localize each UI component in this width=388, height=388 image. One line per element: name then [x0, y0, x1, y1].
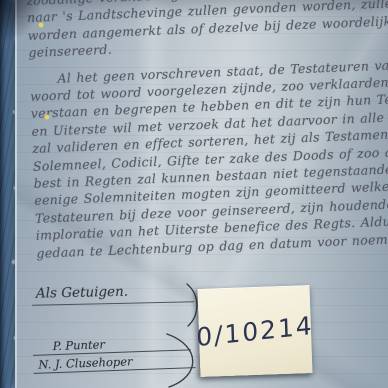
manuscript-text: zoodanige veranderinge welke in den zelv…: [26, 0, 388, 262]
manuscript-photo: zoodanige veranderinge welke in den zelv…: [0, 0, 388, 388]
witness-heading: Als Getuigen.: [32, 282, 194, 305]
paper-glint: [38, 22, 44, 28]
archive-label-card: 0/10214: [197, 285, 312, 377]
archive-number: 0/10214: [196, 311, 314, 352]
paper-glint: [44, 114, 50, 120]
